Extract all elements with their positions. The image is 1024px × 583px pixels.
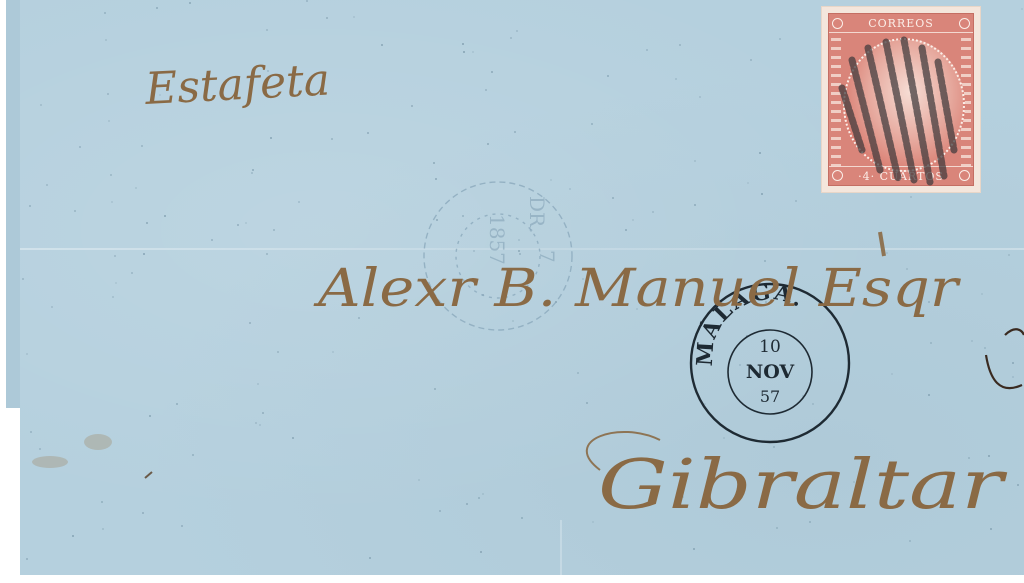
endorsement-text: Estafeta (143, 54, 331, 115)
destination-text: Gibraltar (598, 446, 1007, 525)
manuscript-writing: Estafeta Alexr B. Manuel Esqr Gibraltar (0, 0, 1024, 583)
addressee-text: Alexr B. Manuel Esqr (313, 259, 961, 319)
